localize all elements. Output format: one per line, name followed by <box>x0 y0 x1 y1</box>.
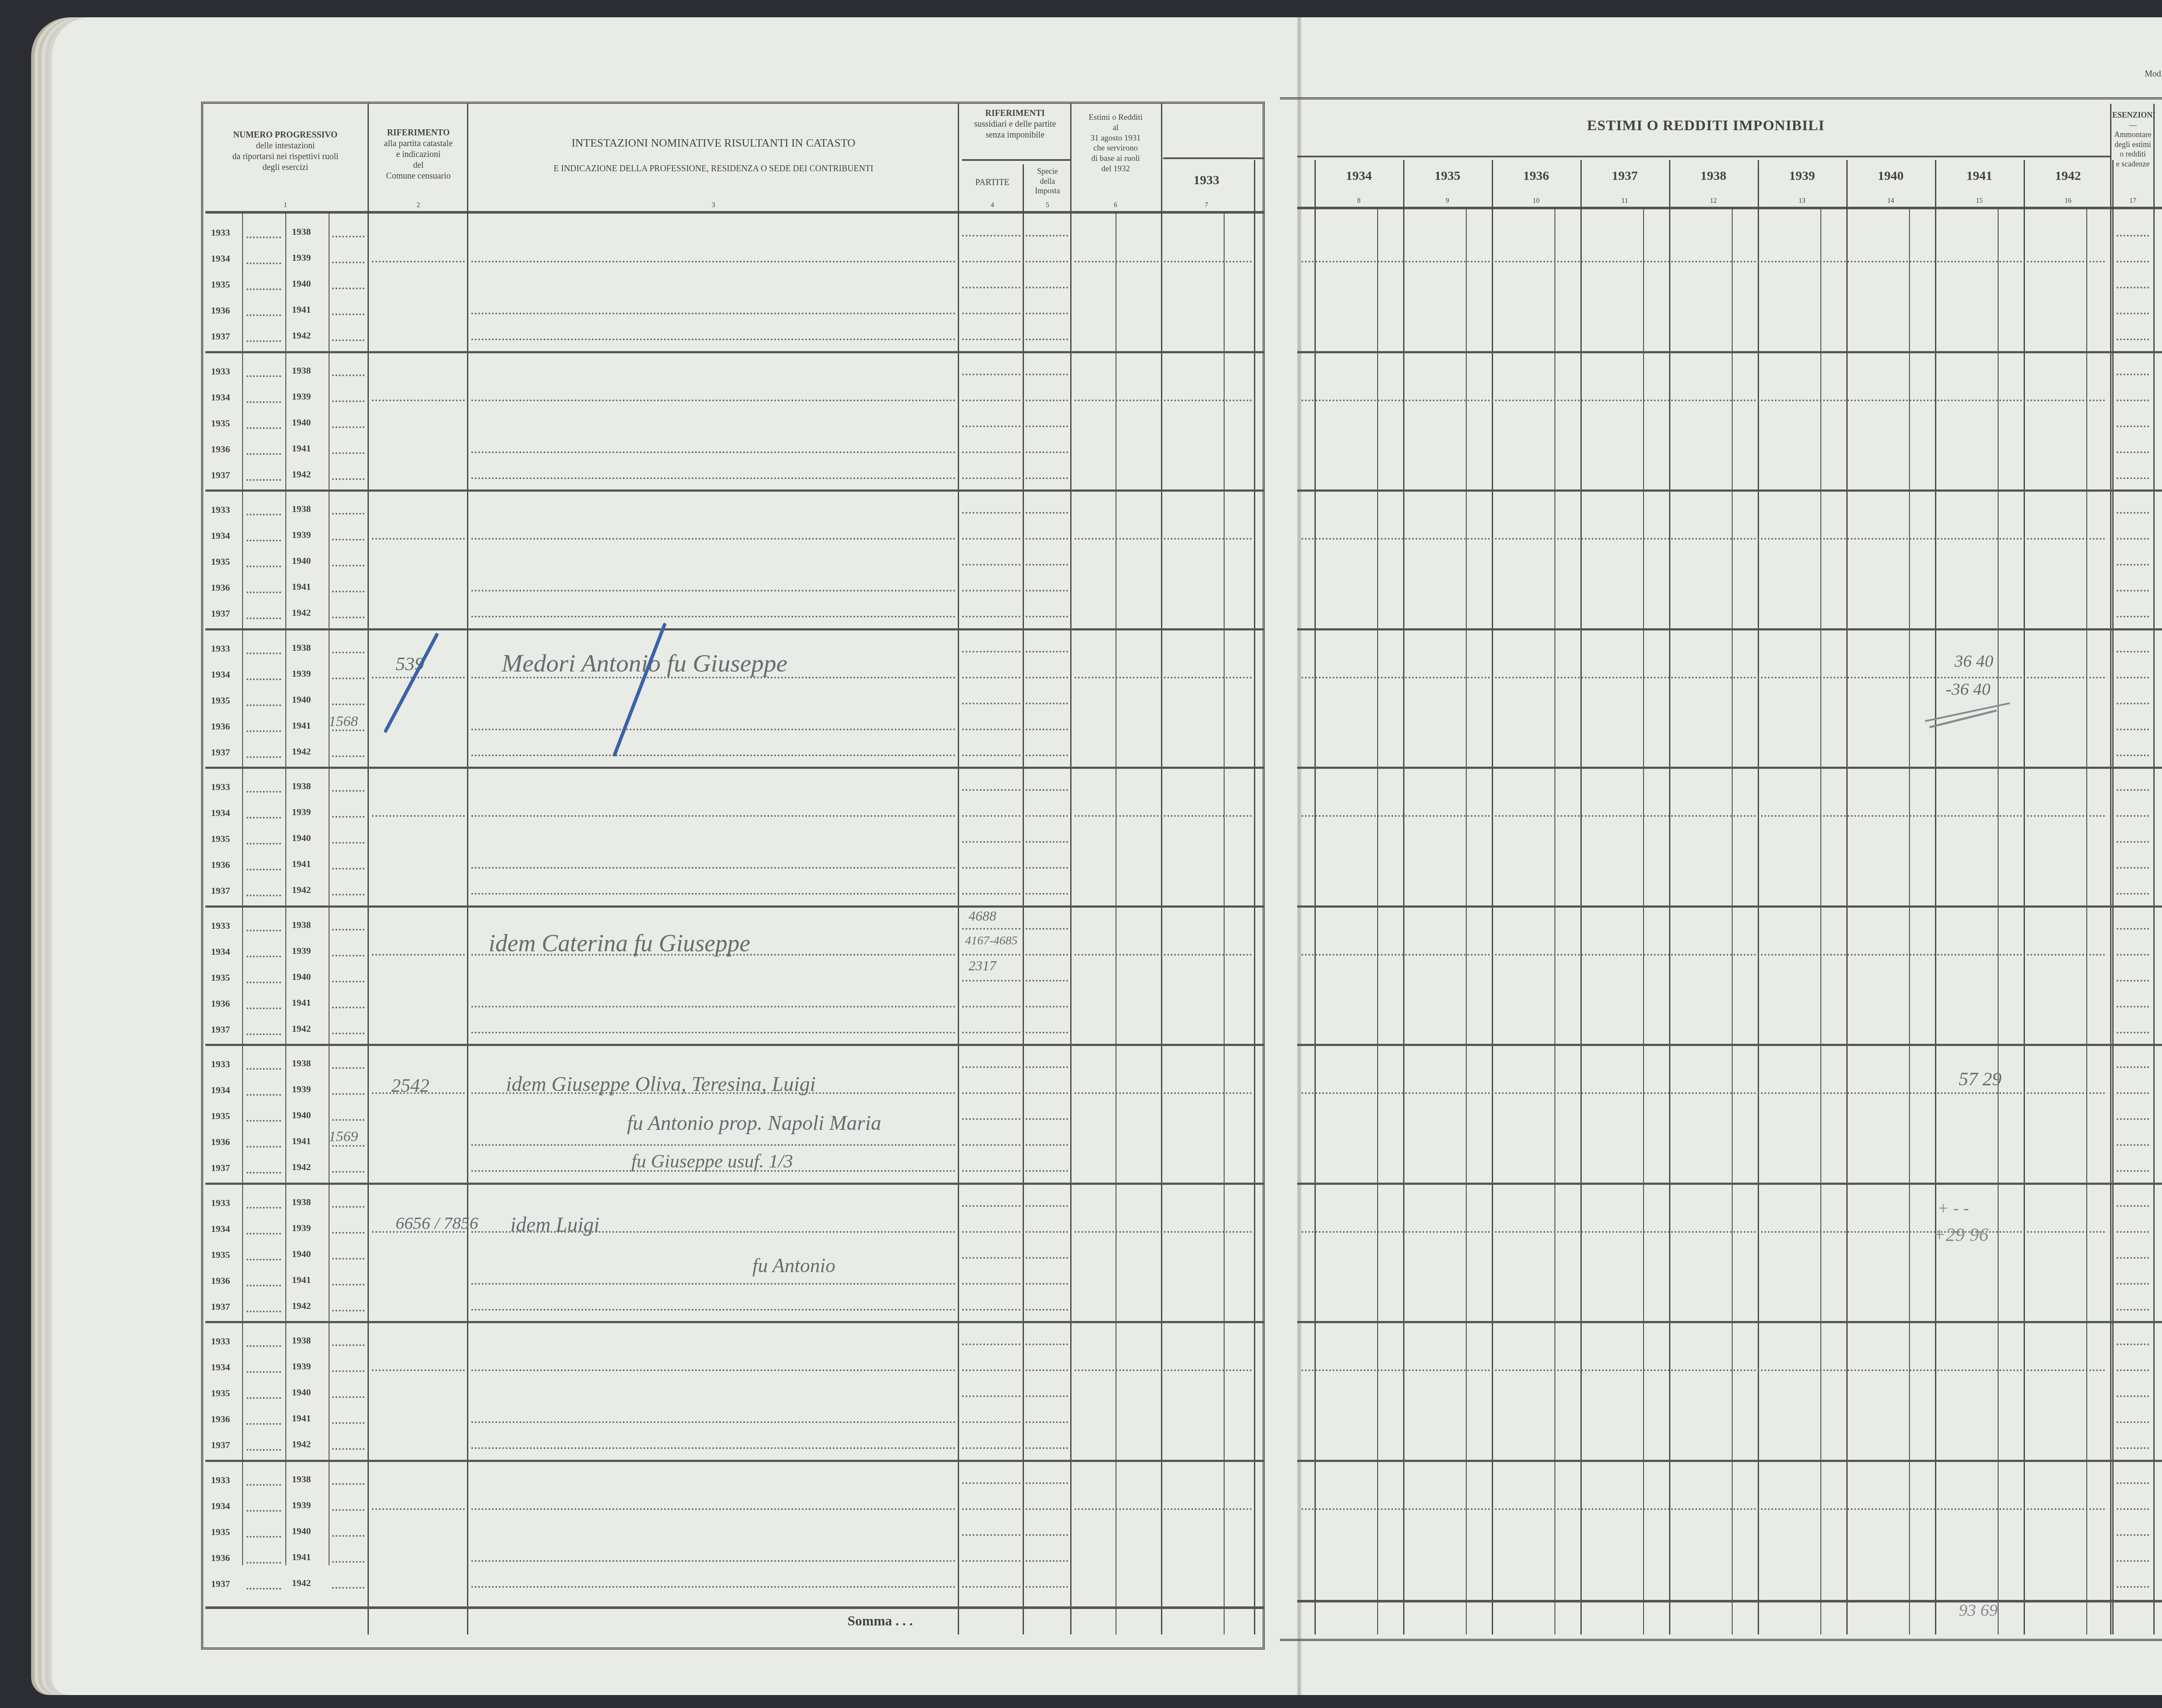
row-dots <box>1026 1092 1068 1094</box>
row-dots <box>1026 1560 1068 1562</box>
row-dots <box>332 1509 365 1511</box>
row-year-right: 1938 <box>292 1196 311 1208</box>
name-rule <box>471 538 956 540</box>
row-dots <box>2117 815 2149 817</box>
riferimenti-title: RIFERIMENTI <box>960 108 1070 119</box>
row-dots <box>332 1561 365 1563</box>
name-rule <box>471 815 956 817</box>
row-dots <box>246 1311 281 1312</box>
row-dots <box>962 261 1020 262</box>
row-dots <box>332 816 365 818</box>
row-year-right: 1940 <box>292 417 311 428</box>
row-dots <box>332 236 365 237</box>
amount-rule <box>1302 1092 2106 1094</box>
row-dots <box>962 1231 1020 1233</box>
col5-header: Specie della Imposta <box>1025 166 1070 196</box>
row-year-right: 1942 <box>292 746 311 757</box>
row-dots <box>962 1447 1020 1449</box>
col17-sub-0: Ammontare <box>2112 130 2153 140</box>
entry4-progressivo: 1568 <box>329 713 358 730</box>
row-dots <box>1026 867 1068 869</box>
row-dots <box>2117 1508 2149 1510</box>
row-year-right: 1938 <box>292 780 311 792</box>
row-dots <box>246 1259 281 1260</box>
row-dots <box>332 1535 365 1537</box>
row-dots <box>2117 339 2149 340</box>
year-col-number: 10 <box>1492 197 1580 205</box>
row-dots <box>332 1370 365 1372</box>
row-dots <box>332 478 365 480</box>
row-dots <box>2117 729 2149 730</box>
row-dots <box>962 729 1020 730</box>
row-dots <box>332 1258 365 1260</box>
row-dots <box>246 678 281 680</box>
rif-rule <box>372 677 465 678</box>
row-dots <box>1026 1586 1068 1588</box>
entry-separator <box>1297 1321 2162 1323</box>
row-dots <box>2117 1447 2149 1449</box>
entry-separator <box>1297 1044 2162 1046</box>
row-dots <box>1026 261 1068 262</box>
right-table-frame <box>1280 97 2162 1641</box>
row-year-right: 1942 <box>292 884 311 896</box>
row-dots <box>962 1092 1020 1094</box>
row-year-right: 1941 <box>292 997 311 1008</box>
row-dots <box>332 1396 365 1398</box>
col3-sub: E INDICAZIONE DELLA PROFESSIONE, RESIDEN… <box>469 163 958 174</box>
col4-title: PARTITE <box>962 177 1023 188</box>
row-year-right: 1940 <box>292 971 311 982</box>
amount-rule <box>1075 1092 1252 1094</box>
entry-separator <box>205 1321 1265 1323</box>
year-header-1934: 1934 <box>1314 168 1403 184</box>
row-dots <box>2117 400 2149 401</box>
name-rule <box>471 755 956 756</box>
amount-rule <box>1075 400 1252 401</box>
row-dots <box>332 1007 365 1008</box>
row-dots <box>1026 590 1068 592</box>
row-dots <box>2117 677 2149 678</box>
col2-sub-1: e indicazioni <box>370 149 467 160</box>
col1-subdivider <box>329 212 329 1565</box>
row-year-right: 1939 <box>292 1500 311 1511</box>
row-dots <box>332 1145 365 1147</box>
rif-rule <box>372 1508 465 1510</box>
year-header-1937: 1937 <box>1580 168 1669 184</box>
row-dots <box>246 1371 281 1373</box>
row-dots <box>962 1257 1020 1259</box>
year-col-divider <box>1492 160 1493 1634</box>
year-col-number: 13 <box>1758 197 1846 205</box>
row-year-left: 1936 <box>211 1275 230 1286</box>
somma-label: Somma . . . <box>848 1613 913 1629</box>
name-rule <box>471 451 956 453</box>
row-dots <box>2117 893 2149 895</box>
row-dots <box>1026 564 1068 566</box>
amount-rule <box>1302 538 2106 540</box>
row-dots <box>246 817 281 819</box>
row-dots <box>332 842 365 844</box>
name-rule <box>471 1144 956 1146</box>
row-dots <box>962 1205 1020 1207</box>
name-rule <box>471 729 956 730</box>
row-year-right: 1938 <box>292 919 311 931</box>
col5-title-0: Specie <box>1025 166 1070 176</box>
row-dots <box>332 955 365 956</box>
name-rule <box>471 616 956 617</box>
row-year-left: 1937 <box>211 747 230 758</box>
row-dots <box>246 262 281 264</box>
rif-rule <box>372 954 465 956</box>
entry7-riferimento: 2542 <box>391 1075 429 1097</box>
row-dots <box>962 477 1020 479</box>
row-year-right: 1941 <box>292 720 311 731</box>
row-dots <box>246 895 281 896</box>
entry-separator <box>205 1460 1265 1462</box>
name-rule <box>471 1032 956 1033</box>
row-dots <box>246 956 281 957</box>
row-dots <box>1026 1482 1068 1484</box>
row-year-left: 1937 <box>211 1301 230 1312</box>
row-dots <box>246 1345 281 1347</box>
row-dots <box>246 479 281 481</box>
row-year-left: 1934 <box>211 253 230 264</box>
name-rule <box>471 400 956 401</box>
row-dots <box>1026 677 1068 678</box>
row-dots <box>332 565 365 566</box>
left-total-rule <box>205 1606 1265 1609</box>
row-year-left: 1935 <box>211 1388 230 1399</box>
riferimenti-divider <box>962 159 1070 161</box>
row-dots <box>246 401 281 403</box>
entry-separator <box>1297 767 2162 769</box>
year-col-divider <box>1403 160 1404 1634</box>
row-dots <box>332 374 365 376</box>
row-dots <box>962 616 1020 617</box>
row-dots <box>1026 841 1068 843</box>
row-year-right: 1938 <box>292 1058 311 1069</box>
col1-sub-0: delle intestazioni <box>203 141 368 151</box>
row-dots <box>1026 1309 1068 1311</box>
cents-subdivider <box>1554 208 1555 1634</box>
row-dots <box>246 730 281 732</box>
row-year-left: 1936 <box>211 859 230 870</box>
row-year-right: 1940 <box>292 832 311 844</box>
col17-title: ESENZIONI <box>2112 110 2153 120</box>
row-year-left: 1935 <box>211 1110 230 1122</box>
col1-header: NUMERO PROGRESSIVO delle intestazioni da… <box>203 130 368 173</box>
row-dots <box>246 1207 281 1209</box>
row-dots <box>2117 616 2149 617</box>
col-divider <box>1023 164 1024 1634</box>
row-year-right: 1939 <box>292 945 311 956</box>
row-dots <box>332 452 365 454</box>
row-dots <box>246 1449 281 1451</box>
col17-sub-1: degli estimi <box>2112 140 2153 150</box>
col6-title-1: al <box>1072 123 1159 133</box>
entry7-y1941: 57 29 <box>1959 1068 2002 1090</box>
row-dots <box>962 339 1020 340</box>
row-year-left: 1937 <box>211 608 230 619</box>
row-dots <box>1026 954 1068 956</box>
year-header-1935: 1935 <box>1403 168 1492 184</box>
col17-header: ESENZIONI — Ammontare degli estimi o red… <box>2112 110 2153 169</box>
row-dots <box>2117 451 2149 453</box>
row-dots <box>332 704 365 705</box>
col18-number: 18 <box>2156 197 2162 205</box>
row-year-right: 1939 <box>292 668 311 679</box>
row-dots <box>1026 1006 1068 1008</box>
row-dots <box>2117 261 2149 262</box>
entry6-partita-2: 2317 <box>969 958 996 974</box>
row-year-left: 1936 <box>211 998 230 1009</box>
row-dots <box>332 1067 365 1069</box>
col-divider <box>1254 160 1255 1634</box>
year-header-1941: 1941 <box>1935 168 2024 184</box>
row-year-left: 1937 <box>211 1024 230 1035</box>
row-dots <box>2117 980 2149 982</box>
entry8-riferimento: 6656 / 7856 <box>396 1213 478 1233</box>
row-dots <box>2117 1309 2149 1311</box>
row-year-left: 1933 <box>211 1336 230 1347</box>
row-dots <box>246 930 281 931</box>
row-year-left: 1934 <box>211 1362 230 1373</box>
row-dots <box>246 1285 281 1286</box>
row-dots <box>2117 755 2149 756</box>
row-year-right: 1942 <box>292 1023 311 1034</box>
entry-separator <box>1297 628 2162 630</box>
row-dots <box>962 867 1020 869</box>
row-dots <box>962 1170 1020 1172</box>
row-dots <box>2117 928 2149 930</box>
row-year-left: 1934 <box>211 1223 230 1235</box>
col6-title-4: di base ai ruoli <box>1072 154 1159 164</box>
row-dots <box>1026 1447 1068 1449</box>
row-year-left: 1933 <box>211 366 230 377</box>
row-dots <box>246 237 281 238</box>
amount-rule <box>1302 815 2106 817</box>
row-dots <box>332 513 365 515</box>
row-dots <box>2117 1560 2149 1562</box>
entry-separator <box>1297 1460 2162 1462</box>
name-rule <box>471 261 956 262</box>
row-year-right: 1942 <box>292 469 311 480</box>
year-header-1936: 1936 <box>1492 168 1580 184</box>
row-dots <box>1026 729 1068 730</box>
name-rule <box>471 477 956 479</box>
entry7-intestazione-1: fu Antonio prop. Napoli Maria <box>627 1111 881 1135</box>
col18-title: ANNOTAZIONI <box>2156 143 2162 158</box>
row-dots <box>246 1008 281 1009</box>
row-dots <box>332 868 365 870</box>
col6-number: 6 <box>1072 201 1159 210</box>
row-dots <box>962 1508 1020 1510</box>
row-dots <box>2117 235 2149 237</box>
row-dots <box>962 400 1020 401</box>
row-dots <box>1026 1032 1068 1033</box>
name-rule <box>471 1309 956 1311</box>
rif-rule <box>372 1369 465 1371</box>
row-year-left: 1935 <box>211 279 230 290</box>
row-dots <box>962 928 1020 930</box>
row-dots <box>2117 1032 2149 1033</box>
entry-separator <box>1297 1183 2162 1185</box>
row-dots <box>1026 538 1068 540</box>
entry7-intestazione-0: idem Giuseppe Oliva, Teresina, Luigi <box>506 1072 816 1096</box>
row-dots <box>1026 287 1068 288</box>
amount-rule <box>1302 400 2106 401</box>
row-dots <box>332 591 365 592</box>
row-dots <box>332 339 365 341</box>
row-dots <box>1026 789 1068 791</box>
row-dots <box>1026 755 1068 756</box>
col2-header: RIFERIMENTO alla partita catastale e ind… <box>370 128 467 182</box>
row-dots <box>1026 1369 1068 1371</box>
year-col-divider <box>1669 160 1670 1634</box>
row-dots <box>2117 564 2149 566</box>
row-dots <box>332 1232 365 1234</box>
row-dots <box>1026 1118 1068 1120</box>
estimi-title-rule <box>1297 156 2110 157</box>
somma-1941-value: 93 69 <box>1959 1600 1998 1620</box>
row-dots <box>962 1395 1020 1397</box>
row-dots <box>962 815 1020 817</box>
row-dots <box>962 1482 1020 1484</box>
row-dots <box>962 538 1020 540</box>
entry-separator <box>205 767 1265 769</box>
row-dots <box>2117 1118 2149 1120</box>
row-dots <box>962 954 1020 956</box>
row-year-right: 1941 <box>292 1551 311 1563</box>
row-dots <box>962 703 1020 704</box>
row-year-right: 1940 <box>292 1387 311 1398</box>
row-dots <box>962 287 1020 288</box>
row-year-left: 1937 <box>211 1162 230 1174</box>
row-year-left: 1935 <box>211 1249 230 1260</box>
row-dots <box>1026 893 1068 895</box>
row-dots <box>2117 1369 2149 1371</box>
year-col-divider <box>2112 160 2114 1634</box>
row-year-left: 1934 <box>211 392 230 403</box>
row-dots <box>332 894 365 896</box>
row-dots <box>246 340 281 342</box>
name-rule <box>471 313 956 314</box>
row-year-right: 1939 <box>292 1361 311 1372</box>
row-dots <box>1026 815 1068 817</box>
col5-number: 5 <box>1025 201 1070 210</box>
col-divider <box>2153 104 2155 1634</box>
year-header-1938: 1938 <box>1669 168 1758 184</box>
row-year-left: 1937 <box>211 1578 230 1590</box>
name-rule <box>471 1421 956 1423</box>
row-year-right: 1939 <box>292 1084 311 1095</box>
entry4-y1941-b: -36 40 <box>1946 679 1990 699</box>
cents-subdivider <box>1820 208 1821 1634</box>
row-dots <box>246 1423 281 1425</box>
row-dots <box>1026 313 1068 314</box>
row-dots <box>1026 1231 1068 1233</box>
row-dots <box>962 235 1020 237</box>
row-dots <box>332 929 365 931</box>
row-dots <box>246 652 281 654</box>
row-dots <box>1026 1395 1068 1397</box>
row-year-right: 1940 <box>292 1110 311 1121</box>
row-dots <box>1026 374 1068 375</box>
row-dots <box>962 1534 1020 1536</box>
name-rule <box>471 590 956 592</box>
row-year-right: 1939 <box>292 806 311 818</box>
col2-number: 2 <box>370 201 467 210</box>
row-dots <box>332 313 365 315</box>
row-dots <box>332 981 365 982</box>
row-dots <box>246 288 281 290</box>
row-year-left: 1933 <box>211 1197 230 1209</box>
row-dots <box>246 1172 281 1174</box>
row-year-right: 1939 <box>292 391 311 402</box>
col3-number: 3 <box>469 201 958 210</box>
row-dots <box>1026 1066 1068 1068</box>
row-year-left: 1935 <box>211 556 230 567</box>
year-col-divider <box>1935 160 1936 1634</box>
row-year-left: 1933 <box>211 1059 230 1070</box>
entry-separator <box>205 1183 1265 1185</box>
rif-rule <box>372 400 465 401</box>
col1-subdivider <box>242 212 243 1565</box>
cents-subdivider <box>1116 212 1116 1634</box>
entry8-intestazione-1: fu Antonio <box>752 1254 835 1277</box>
row-dots <box>1026 1283 1068 1285</box>
col6-header: Estimi o Redditi al 31 agosto 1931 che s… <box>1072 112 1159 174</box>
row-dots <box>246 453 281 455</box>
row-year-left: 1933 <box>211 643 230 654</box>
name-rule <box>471 1283 956 1285</box>
row-dots <box>1026 512 1068 514</box>
row-dots <box>962 1309 1020 1311</box>
col3-title: INTESTAZIONI NOMINATIVE RISULTANTI IN CA… <box>469 136 958 150</box>
col1-sub-1: da riportarsi nei rispettivi ruoli <box>203 151 368 162</box>
row-dots <box>962 651 1020 652</box>
year-col-number: 11 <box>1580 197 1669 205</box>
row-year-left: 1937 <box>211 470 230 481</box>
row-dots <box>246 1233 281 1235</box>
row-dots <box>246 843 281 844</box>
row-year-left: 1937 <box>211 331 230 342</box>
row-year-left: 1935 <box>211 695 230 706</box>
year-header-1942: 1942 <box>2024 168 2112 184</box>
row-year-left: 1936 <box>211 582 230 593</box>
row-year-right: 1941 <box>292 1274 311 1286</box>
col-divider <box>958 104 959 1634</box>
row-year-right: 1938 <box>292 1335 311 1346</box>
row-dots <box>1026 1421 1068 1423</box>
row-year-left: 1933 <box>211 227 230 238</box>
row-dots <box>2117 1092 2149 1094</box>
row-year-right: 1941 <box>292 304 311 315</box>
row-dots <box>246 1068 281 1070</box>
row-dots <box>332 288 365 289</box>
row-dots <box>332 1448 365 1450</box>
name-rule <box>471 1586 956 1588</box>
entry-separator <box>205 628 1265 630</box>
row-dots <box>2117 1257 2149 1259</box>
estimi-title: ESTIMI O REDDITI IMPONIBILI <box>1302 117 2110 135</box>
row-dots <box>2117 1205 2149 1207</box>
row-dots <box>332 1119 365 1121</box>
cents-subdivider <box>1377 208 1378 1634</box>
row-dots <box>1026 425 1068 427</box>
row-dots <box>962 980 1020 982</box>
row-dots <box>332 539 365 541</box>
